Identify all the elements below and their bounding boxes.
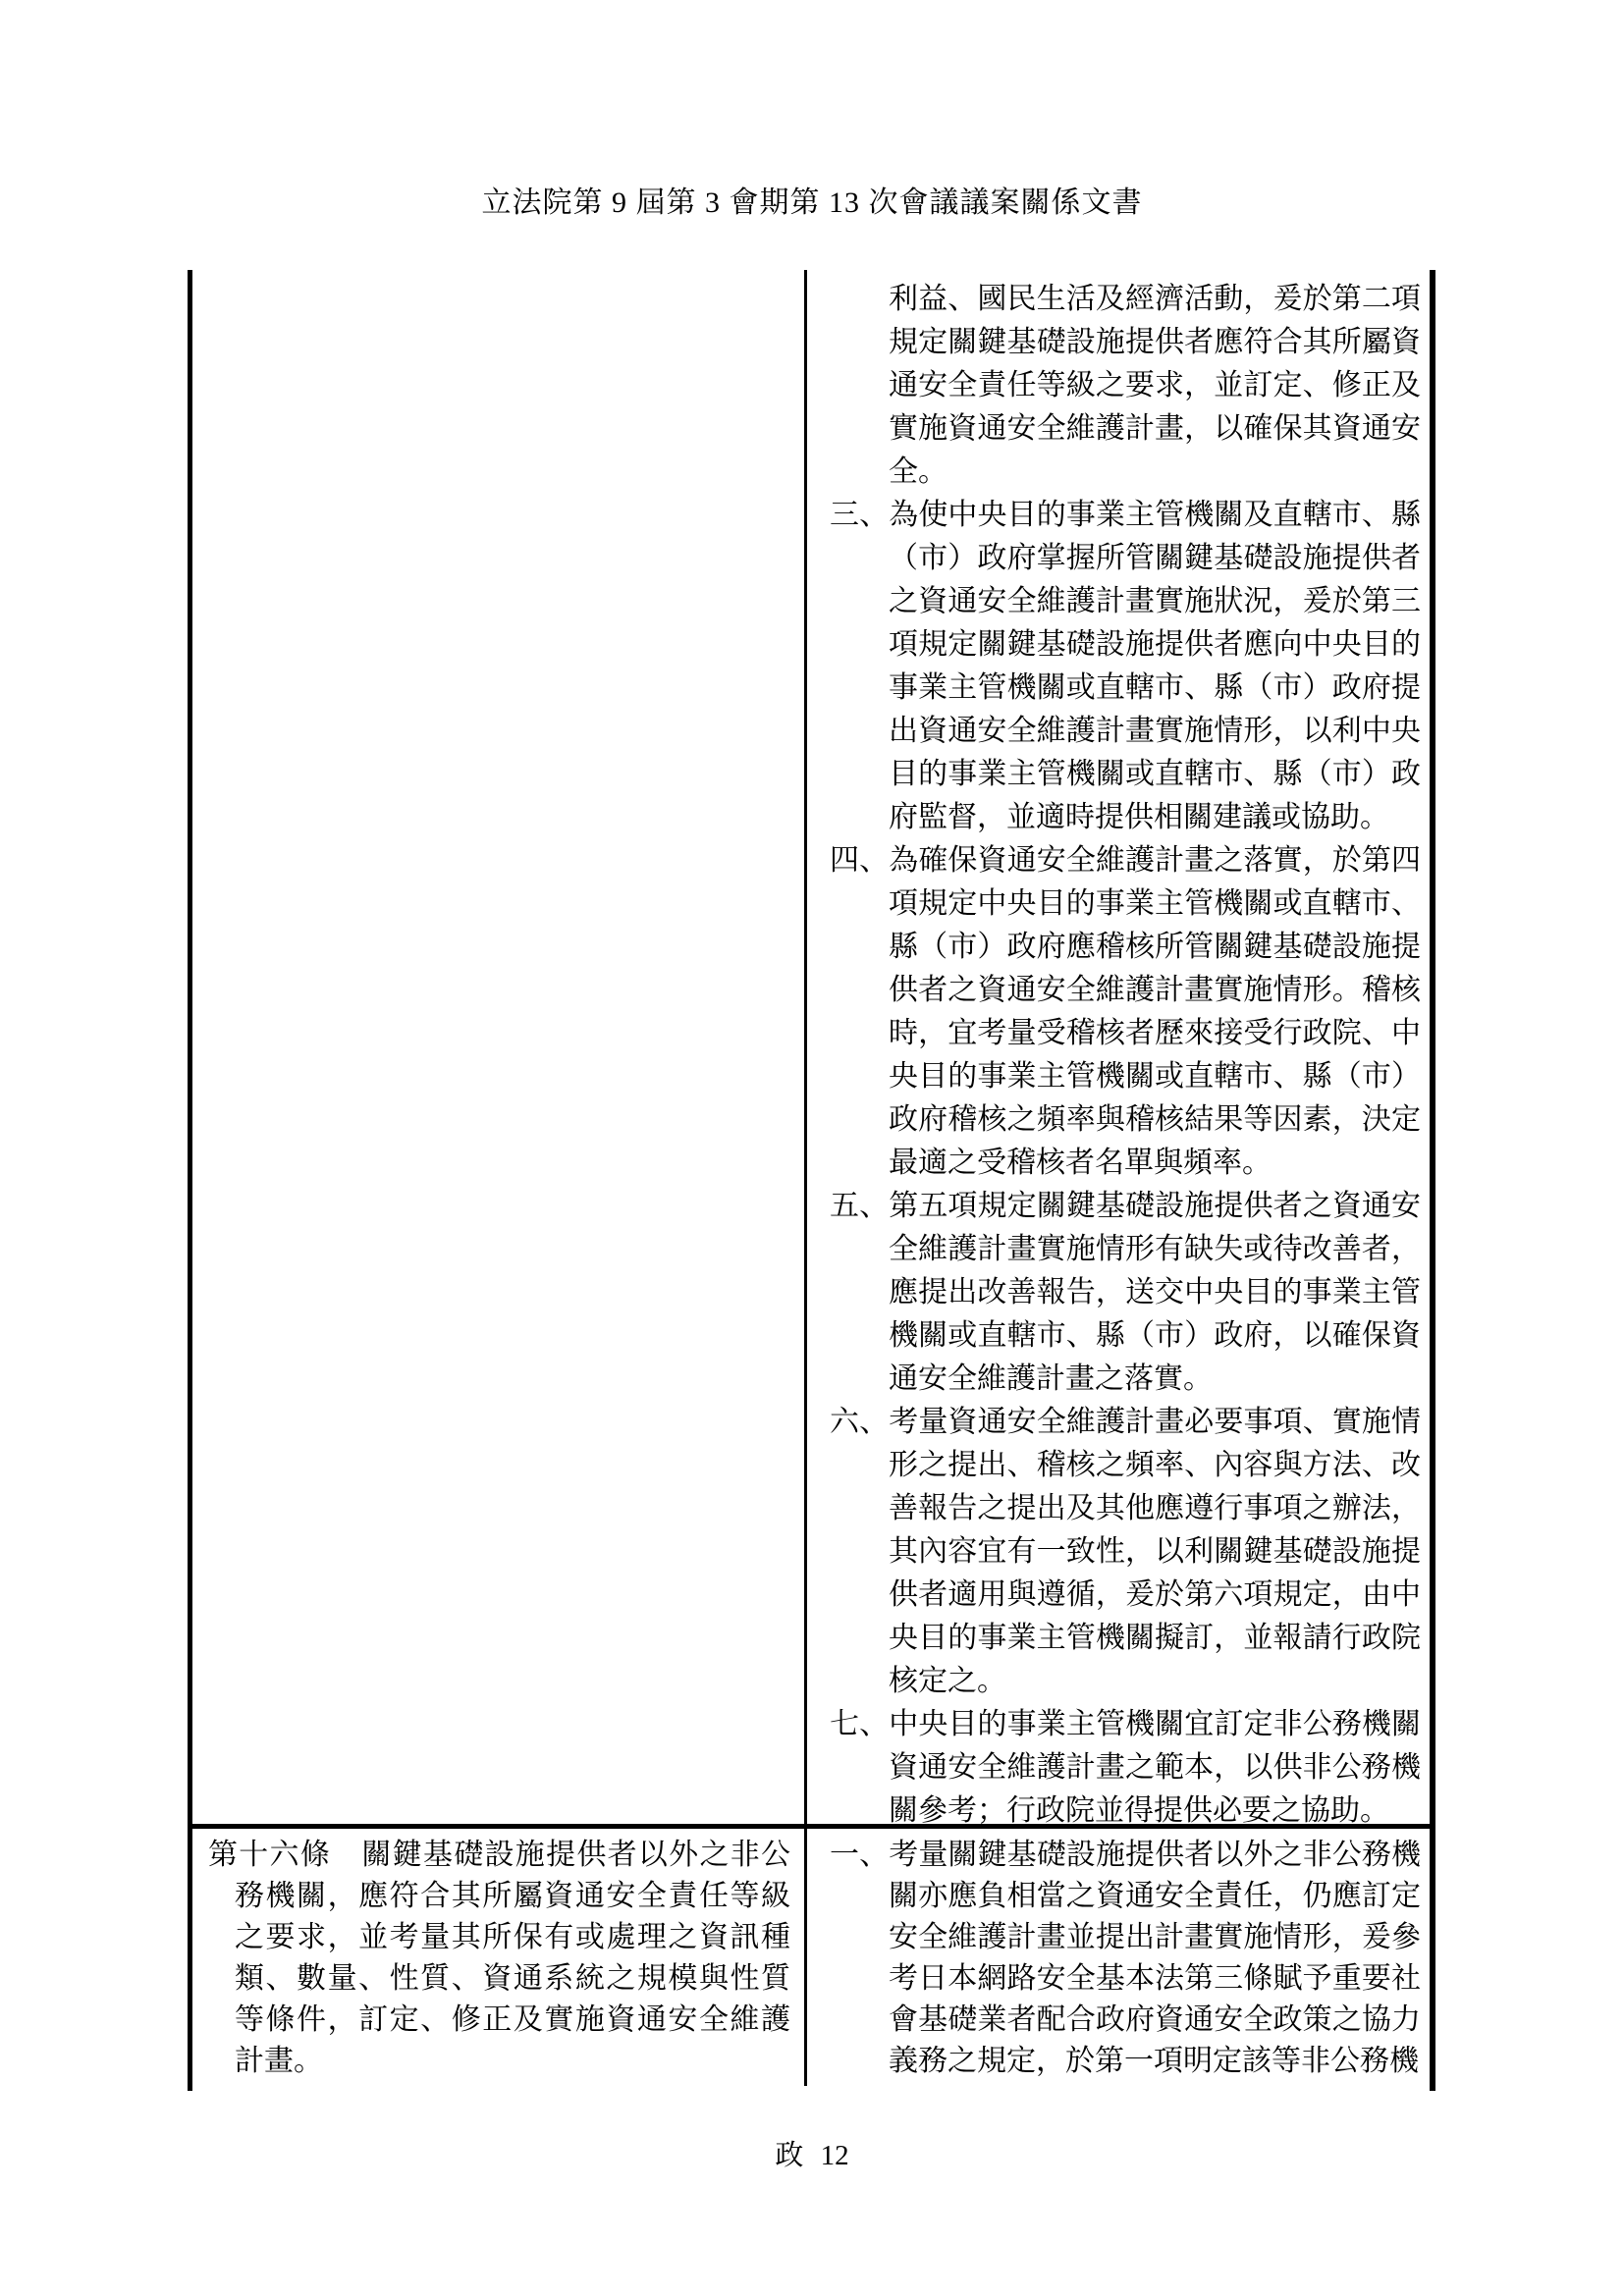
- item-number: 三、: [830, 499, 889, 531]
- item-text: 為使中央目的事業主管機關及直轄市、縣（市）政府掌握所管關鍵基礎設施提供者之資通安…: [889, 499, 1421, 833]
- item-number: 七、: [830, 1708, 889, 1740]
- item-text: 第五項規定關鍵基礎設施提供者之資通安全維護計畫實施情形有缺失或待改善者，應提出改…: [889, 1190, 1421, 1395]
- explanation-item: 六、考量資通安全維護計畫必要事項、實施情形之提出、稽核之頻率、內容與方法、改善報…: [830, 1401, 1421, 1703]
- item-text: 中央目的事業主管機關宜訂定非公務機關資通安全維護計畫之範本，以供非公務機關參考；…: [889, 1708, 1421, 1824]
- explanation-cell: 利益、國民生活及經濟活動，爰於第二項規定關鍵基礎設施提供者應符合其所屬資通安全責…: [807, 270, 1430, 1824]
- article-paragraph-2: 中央目的事業主管機關或直轄市、縣（: [208, 2082, 790, 2086]
- item-number: 一、: [830, 1839, 889, 1871]
- explanation-continuation: 利益、國民生活及經濟活動，爰於第二項規定關鍵基礎設施提供者應符合其所屬資通安全責…: [830, 278, 1421, 494]
- explanation-item: 三、為使中央目的事業主管機關及直轄市、縣（市）政府掌握所管關鍵基礎設施提供者之資…: [830, 494, 1421, 839]
- explanation-item: 五、第五項規定關鍵基礎設施提供者之資通安全維護計畫實施情形有缺失或待改善者，應提…: [830, 1185, 1421, 1401]
- item-text: 為確保資通安全維護計畫之落實，於第四項規定中央目的事業主管機關或直轄市、縣（市）…: [889, 844, 1421, 1179]
- article-cell-continued: [192, 270, 807, 1824]
- page-title: 立法院第 9 屆第 3 會期第 13 次會議議案關係文書: [0, 187, 1624, 220]
- article-paragraph: 第十六條關鍵基礎設施提供者以外之非公務機關，應符合其所屬資通安全責任等級之要求，…: [208, 1835, 790, 2082]
- item-number: 六、: [830, 1406, 889, 1438]
- table-row: 利益、國民生活及經濟活動，爰於第二項規定關鍵基礎設施提供者應符合其所屬資通安全責…: [192, 270, 1430, 1829]
- item-number: 四、: [830, 844, 889, 877]
- explanation-item: 四、為確保資通安全維護計畫之落實，於第四項規定中央目的事業主管機關或直轄市、縣（…: [830, 839, 1421, 1185]
- item-number: 五、: [830, 1190, 889, 1222]
- page-number: 政 12: [0, 2140, 1624, 2172]
- article-number: 第十六條: [208, 1839, 331, 1871]
- document-page: 立法院第 9 屆第 3 會期第 13 次會議議案關係文書 利益、國民生活及經濟活…: [0, 0, 1624, 2296]
- article-cell: 第十六條關鍵基礎設施提供者以外之非公務機關，應符合其所屬資通安全責任等級之要求，…: [192, 1829, 807, 2086]
- bill-comparison-table: 利益、國民生活及經濟活動，爰於第二項規定關鍵基礎設施提供者應符合其所屬資通安全責…: [188, 270, 1435, 2091]
- article-text: 關鍵基礎設施提供者以外之非公務機關，應符合其所屬資通安全責任等級之要求，並考量其…: [235, 1839, 790, 2077]
- item-text: 考量資通安全維護計畫必要事項、實施情形之提出、稽核之頻率、內容與方法、改善報告之…: [889, 1406, 1421, 1697]
- explanation-item: 一、考量關鍵基礎設施提供者以外之非公務機關亦應負相當之資通安全責任，仍應訂定安全…: [830, 1835, 1421, 2082]
- item-text: 考量關鍵基礎設施提供者以外之非公務機關亦應負相當之資通安全責任，仍應訂定安全維護…: [889, 1839, 1421, 2077]
- table-row: 第十六條關鍵基礎設施提供者以外之非公務機關，應符合其所屬資通安全責任等級之要求，…: [192, 1829, 1430, 2086]
- explanation-item: 七、中央目的事業主管機關宜訂定非公務機關資通安全維護計畫之範本，以供非公務機關參…: [830, 1703, 1421, 1824]
- explanation-cell: 一、考量關鍵基礎設施提供者以外之非公務機關亦應負相當之資通安全責任，仍應訂定安全…: [807, 1829, 1430, 2086]
